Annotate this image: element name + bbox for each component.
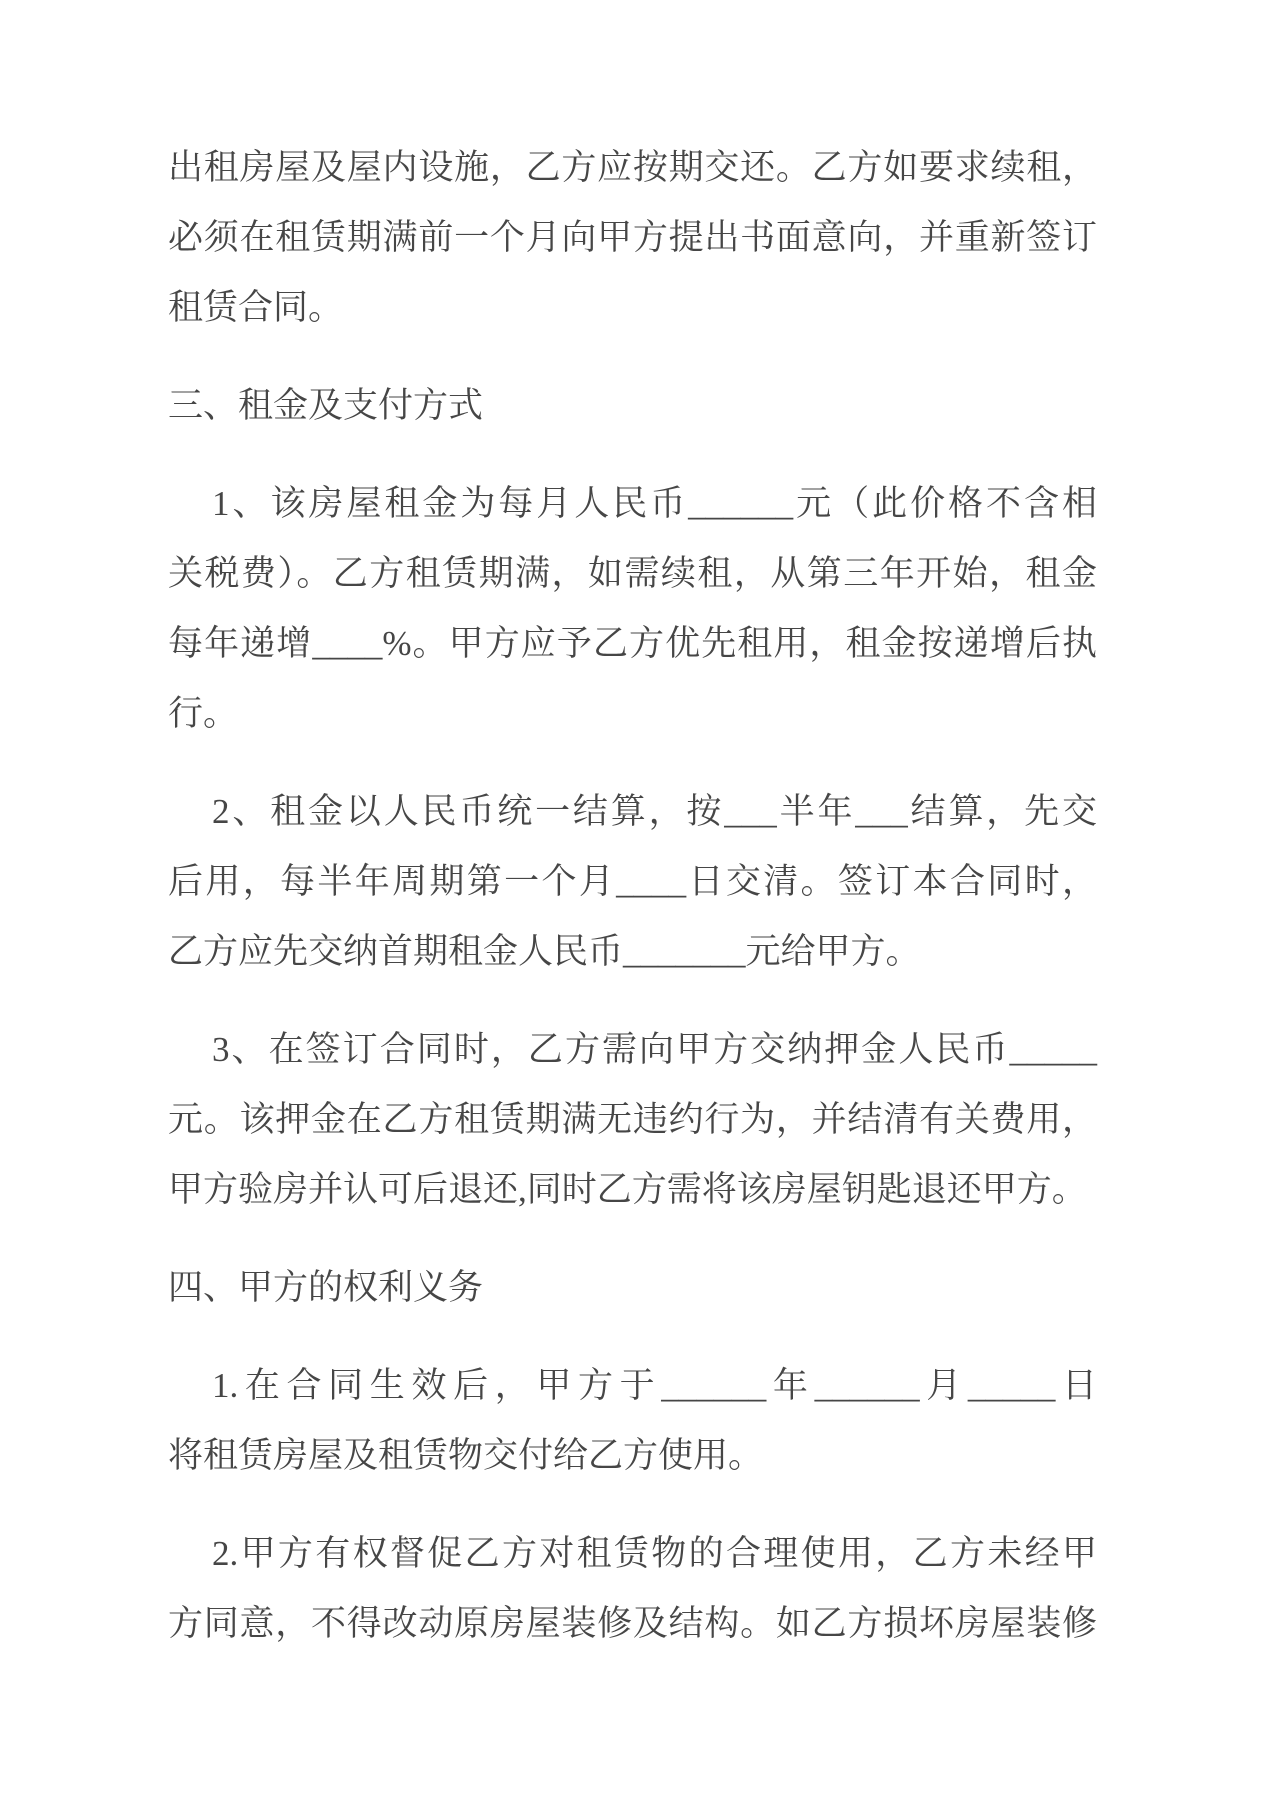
contract-line: 1、该房屋租金为每月人民币______元（此价格不含相: [168, 469, 1097, 539]
contract-line: 行。: [168, 679, 1097, 749]
section-title: 四、甲方的权利义务: [168, 1253, 1097, 1323]
contract-line: 出租房屋及屋内设施，乙方应按期交还。乙方如要求续租，: [168, 133, 1097, 203]
paragraph-supervision-of-use: 2.甲方有权督促乙方对租赁物的合理使用，乙方未经甲 方同意，不得改动原房屋装修及…: [168, 1519, 1097, 1659]
contract-line: 方同意，不得改动原房屋装修及结构。如乙方损坏房屋装修: [168, 1589, 1097, 1659]
section-heading-party-a-rights-obligations: 四、甲方的权利义务: [168, 1253, 1097, 1323]
paragraph-handover-date: 1.在合同生效后，甲方于______年______月_____日 将租赁房屋及租…: [168, 1351, 1097, 1491]
contract-line: 2、租金以人民币统一结算，按___半年___结算，先交: [168, 777, 1097, 847]
paragraph-lease-renewal: 出租房屋及屋内设施，乙方应按期交还。乙方如要求续租， 必须在租赁期满前一个月向甲…: [168, 133, 1097, 343]
contract-line: 将租赁房屋及租赁物交付给乙方使用。: [168, 1421, 1097, 1491]
contract-line: 2.甲方有权督促乙方对租赁物的合理使用，乙方未经甲: [168, 1519, 1097, 1589]
contract-line: 租赁合同。: [168, 273, 1097, 343]
contract-line: 1.在合同生效后，甲方于______年______月_____日: [168, 1351, 1097, 1421]
contract-line: 后用，每半年周期第一个月____日交清。签订本合同时，: [168, 847, 1097, 917]
paragraph-rent-amount: 1、该房屋租金为每月人民币______元（此价格不含相 关税费）。乙方租赁期满，…: [168, 469, 1097, 749]
contract-line: 元。该押金在乙方租赁期满无违约行为，并结清有关费用，: [168, 1085, 1097, 1155]
document-page: 出租房屋及屋内设施，乙方应按期交还。乙方如要求续租， 必须在租赁期满前一个月向甲…: [0, 0, 1280, 1811]
section-heading-rent-and-payment: 三、租金及支付方式: [168, 371, 1097, 441]
contract-line: 甲方验房并认可后退还,同时乙方需将该房屋钥匙退还甲方。: [168, 1155, 1097, 1225]
paragraph-deposit: 3、在签订合同时，乙方需向甲方交纳押金人民币_____ 元。该押金在乙方租赁期满…: [168, 1015, 1097, 1225]
contract-line: 必须在租赁期满前一个月向甲方提出书面意向，并重新签订: [168, 203, 1097, 273]
section-title: 三、租金及支付方式: [168, 371, 1097, 441]
contract-line: 3、在签订合同时，乙方需向甲方交纳押金人民币_____: [168, 1015, 1097, 1085]
contract-line: 关税费）。乙方租赁期满，如需续租，从第三年开始，租金: [168, 539, 1097, 609]
contract-line: 每年递增____%。甲方应予乙方优先租用，租金按递增后执: [168, 609, 1097, 679]
paragraph-rent-settlement: 2、租金以人民币统一结算，按___半年___结算，先交 后用，每半年周期第一个月…: [168, 777, 1097, 987]
contract-line: 乙方应先交纳首期租金人民币_______元给甲方。: [168, 917, 1097, 987]
